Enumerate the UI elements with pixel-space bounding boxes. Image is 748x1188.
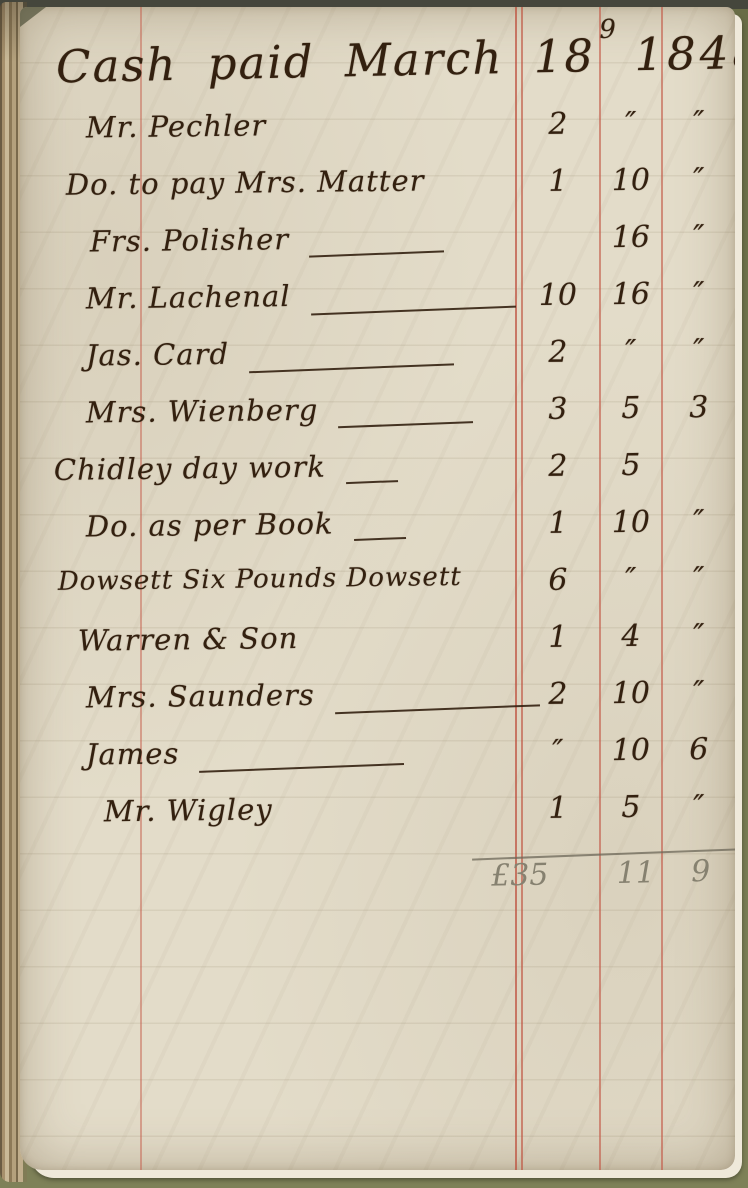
ledger-row: Warren & Son 1 4 ″	[20, 616, 735, 682]
amount-pounds: 1	[518, 163, 598, 199]
amount-pence	[668, 447, 730, 448]
amount-pounds: 2	[518, 334, 598, 370]
amount-shillings: ″	[602, 562, 660, 598]
total-pounds: £35	[471, 857, 568, 894]
header-title: Cash paid March 18	[56, 29, 596, 93]
amount-pence: ″	[668, 333, 730, 369]
dash-filler	[249, 363, 454, 373]
amount-shillings: 16	[602, 277, 660, 313]
amount-shillings: 5	[602, 790, 660, 826]
payee-name: Mrs. Saunders	[86, 678, 315, 715]
dash-filler	[346, 480, 398, 484]
ledger-row: Dowsett Six Pounds Dowsett 6 ″ ″	[20, 559, 735, 625]
total-shillings: 11	[607, 855, 664, 891]
dash-filler	[339, 421, 474, 428]
scanned-ledger-photo: Cash paid March 18 9 1848 Mr. Pechler 2 …	[0, 0, 748, 1188]
payee-name: Mrs. Wienberg	[86, 393, 319, 430]
amount-pounds: 2	[518, 676, 598, 712]
payee-name: Frs. Polisher	[90, 222, 290, 258]
amount-pence: 6	[668, 732, 730, 768]
header-year: 1848	[634, 26, 735, 82]
ledger-row: Chidley day work 2 5	[20, 445, 735, 511]
amount-pounds	[518, 220, 598, 221]
page-header: Cash paid March 18 9 1848	[56, 26, 735, 94]
amount-shillings: ″	[602, 334, 660, 370]
ledger-row: Mr. Lachenal 10 16 ″	[20, 274, 735, 340]
amount-pounds: 10	[518, 277, 598, 313]
ledger-row: Do. to pay Mrs. Matter 1 10 ″	[20, 160, 735, 226]
amount-shillings: 10	[602, 676, 660, 712]
dash-filler	[200, 763, 405, 773]
amount-pence: ″	[668, 789, 730, 825]
amount-pounds: 1	[518, 505, 598, 541]
total-row: £35 11 9	[20, 852, 735, 923]
amount-pounds: 2	[518, 448, 598, 484]
amount-pence: ″	[668, 504, 730, 540]
ledger-entries: Mr. Pechler 2 ″ ″ Do. to pay Mrs. Matter…	[20, 107, 735, 848]
ledger-row: Jas. Card 2 ″ ″	[20, 331, 735, 397]
amount-shillings: 5	[602, 448, 660, 484]
amount-shillings: 10	[602, 733, 660, 769]
payee-name: Do. as per Book	[86, 507, 334, 544]
payee-name: Do. to pay Mrs. Matter	[66, 163, 425, 201]
dash-filler	[335, 704, 540, 714]
amount-pence: ″	[668, 276, 730, 312]
amount-pence: ″	[668, 162, 730, 198]
ledger-row: Mrs. Wienberg 3 5 3	[20, 388, 735, 454]
payee-name: Dowsett Six Pounds Dowsett	[58, 562, 462, 597]
ledger-row: Do. as per Book 1 10 ″	[20, 502, 735, 568]
dash-filler	[309, 250, 444, 257]
amount-pence: ″	[668, 219, 730, 255]
amount-pounds: ″	[518, 733, 598, 769]
payee-name: Warren & Son	[78, 621, 299, 658]
dash-filler	[311, 306, 516, 316]
ledger-row: Mr. Pechler 2 ″ ″	[20, 103, 735, 169]
amount-pence: 3	[668, 390, 730, 426]
amount-shillings: 4	[602, 619, 660, 655]
amount-pounds: 3	[518, 391, 598, 427]
amount-shillings: 10	[602, 163, 660, 199]
amount-pence: ″	[668, 561, 730, 597]
ledger-row: Mr. Wigley 1 5 ″	[20, 787, 735, 853]
page-corner-fold	[20, 7, 46, 27]
ledger-page: Cash paid March 18 9 1848 Mr. Pechler 2 …	[20, 7, 735, 1170]
payee-name: Chidley day work	[54, 450, 326, 487]
payee-name: Mr. Pechler	[86, 108, 267, 144]
ledger-row: James ″ 10 6	[20, 730, 735, 796]
amount-shillings: 10	[602, 505, 660, 541]
amount-pounds: 6	[518, 562, 598, 598]
total-pence: 9	[671, 854, 730, 890]
ledger-row: Mrs. Saunders 2 10 ″	[20, 673, 735, 739]
amount-pounds: 2	[518, 106, 598, 142]
payee-name: Jas. Card	[86, 337, 230, 373]
payee-name: James	[86, 736, 180, 771]
payee-name: Mr. Wigley	[104, 792, 273, 828]
amount-shillings: 5	[602, 391, 660, 427]
payee-name: Mr. Lachenal	[86, 279, 291, 315]
ledger-row: Frs. Polisher 16 ″	[20, 217, 735, 283]
amount-shillings: 16	[602, 220, 660, 256]
amount-pence: ″	[668, 105, 730, 141]
amount-pence: ″	[668, 675, 730, 711]
dash-filler	[354, 537, 406, 541]
amount-pence: ″	[668, 618, 730, 654]
amount-pounds: 1	[518, 790, 598, 826]
amount-pounds: 1	[518, 619, 598, 655]
amount-shillings: ″	[602, 106, 660, 142]
header-ordinal-mark: 9	[599, 15, 618, 45]
